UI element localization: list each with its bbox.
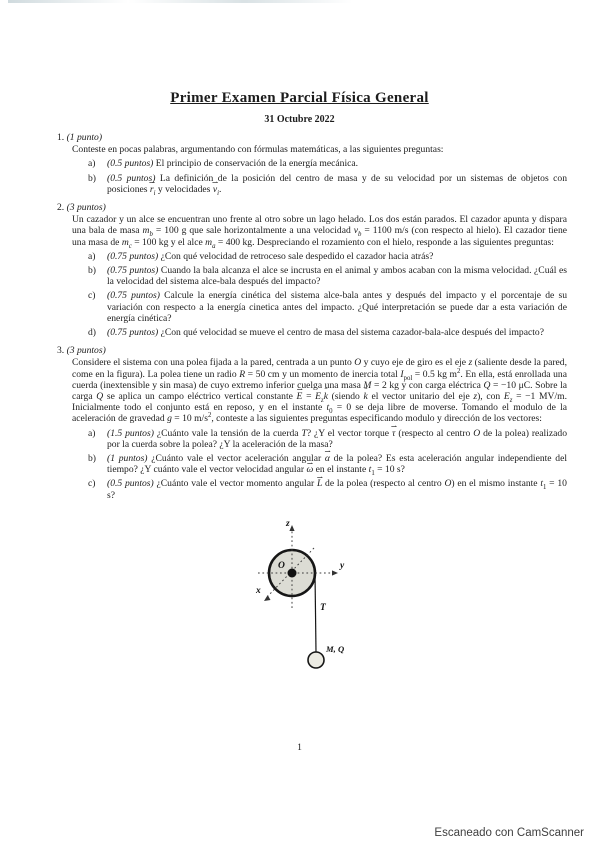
item-label: c) — [88, 290, 95, 301]
question-header: 1. (1 punto) — [57, 132, 567, 143]
item-label: a) — [88, 251, 95, 262]
pulley-diagram: z y x O T M, Q — [220, 515, 420, 675]
camscanner-watermark: Escaneado con CamScanner — [434, 827, 584, 839]
scan-artifact — [8, 0, 438, 3]
question-item: c) (0.5 puntos) ¿Cuánto vale el vector m… — [88, 478, 567, 500]
tension-label: T — [320, 603, 327, 613]
question-block: 3. (3 puntos) Considere el sistema con u… — [57, 345, 567, 501]
question-item: b) (1 puntos) ¿Cuánto vale el vector ace… — [88, 453, 567, 475]
pulley-diagram-svg: z y x O T M, Q — [220, 515, 420, 675]
item-points: (0.75 puntos) — [107, 327, 158, 338]
question-item: b) (0.75 puntos) Cuando la bala alcanza … — [88, 265, 567, 287]
item-text: ¿Cuánto vale el vector aceleración angul… — [107, 453, 567, 475]
question-number: 2. — [57, 202, 64, 213]
question-intro: Un cazador y un alce se encuentran uno f… — [72, 214, 567, 248]
z-axis-arrow — [289, 525, 294, 531]
item-text: ¿Con qué velocidad se mueve el centro de… — [161, 327, 544, 338]
question-points: (3 puntos) — [67, 345, 106, 356]
y-axis-label: y — [339, 561, 345, 571]
item-points: (0.75 puntos) — [107, 251, 158, 262]
question-points: (3 puntos) — [67, 202, 106, 213]
question-number: 3. — [57, 345, 64, 356]
x-axis-label: x — [255, 586, 261, 596]
question-item: d) (0.75 puntos) ¿Con qué velocidad se m… — [88, 327, 567, 338]
center-label: O — [278, 561, 285, 571]
exam-body: 1. (1 punto) Conteste en pocas palabras,… — [57, 132, 567, 675]
question-item: a) (0.75 puntos) ¿Con qué velocidad de r… — [88, 251, 567, 262]
question-item: c) (0.75 puntos) Calcule la energía ciné… — [88, 290, 567, 324]
page-number: 1 — [0, 742, 599, 753]
item-text: ¿Cuánto vale la tensión de la cuerda T? … — [107, 428, 567, 450]
item-points: (0.75 puntos) — [107, 290, 160, 301]
pulley-axle — [288, 568, 297, 577]
exam-date: 31 Octubre 2022 — [0, 114, 599, 125]
question-block: 1. (1 punto) Conteste en pocas palabras,… — [57, 132, 567, 195]
item-points: (0.5 puntos) — [107, 478, 154, 489]
item-text: ¿Cuánto vale el vector momento angular L… — [107, 478, 567, 500]
x-axis-arrow — [264, 595, 271, 601]
question-item: b) (0.5 puntos) La definición de la posi… — [88, 173, 567, 195]
item-text: El principio de conservación de la energ… — [156, 158, 358, 169]
question-header: 2. (3 puntos) — [57, 202, 567, 213]
item-points: (0.75 puntos) — [107, 265, 158, 276]
page-title: Primer Examen Parcial Física General — [0, 90, 599, 107]
question-intro: Considere el sistema con una polea fijad… — [72, 357, 567, 424]
item-label: b) — [88, 265, 96, 276]
item-text: Calcule la energía cinética del sistema … — [107, 290, 567, 323]
mass-label: M, Q — [325, 644, 344, 654]
question-block: 2. (3 puntos) Un cazador y un alce se en… — [57, 202, 567, 338]
item-text: La definición de la posición del centro … — [107, 173, 567, 195]
z-axis-label: z — [285, 519, 290, 529]
item-label: b) — [88, 173, 96, 184]
question-number: 1. — [57, 132, 64, 143]
question-intro: Conteste en pocas palabras, argumentando… — [72, 144, 567, 155]
item-label: a) — [88, 158, 95, 169]
item-label: c) — [88, 478, 95, 489]
item-label: a) — [88, 428, 95, 439]
question-header: 3. (3 puntos) — [57, 345, 567, 356]
y-axis-arrow — [332, 570, 338, 575]
question-item: a) (0.5 puntos) El principio de conserva… — [88, 158, 567, 169]
item-points: (1.5 puntos) — [107, 428, 154, 439]
item-label: b) — [88, 453, 96, 464]
question-points: (1 punto) — [67, 132, 102, 143]
cord-line — [315, 573, 316, 652]
item-points: (1 puntos) — [107, 453, 148, 464]
item-label: d) — [88, 327, 96, 338]
item-points: (0.5 puntos) — [107, 158, 153, 169]
item-text: ¿Con qué velocidad de retroceso sale des… — [161, 251, 434, 262]
hanging-mass — [308, 652, 324, 668]
item-text: Cuando la bala alcanza el alce se incrus… — [107, 265, 567, 287]
